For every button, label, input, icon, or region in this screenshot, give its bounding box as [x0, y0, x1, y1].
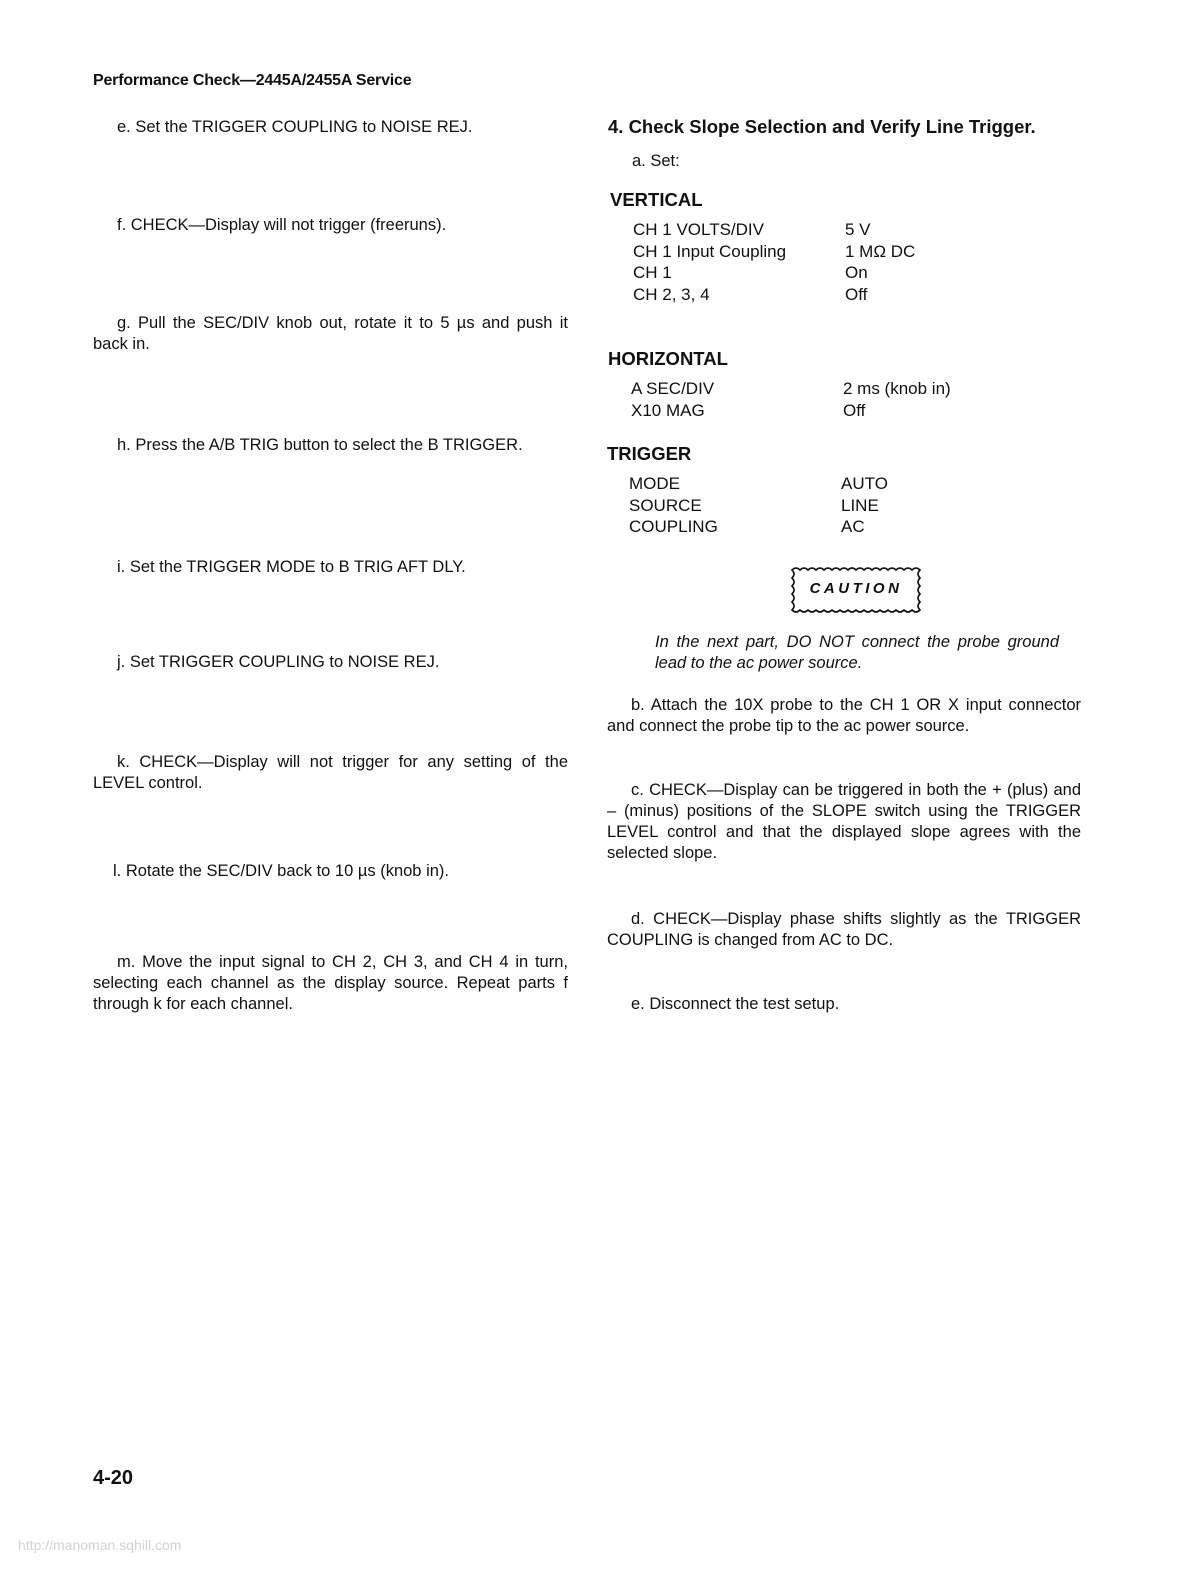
- watermark: http://manoman.sqhill.com: [18, 1537, 181, 1553]
- setting-row: CH 1 Input Coupling1 MΩ DC: [633, 241, 915, 263]
- setting-value: 2 ms (knob in): [843, 378, 951, 400]
- settings-horizontal: A SEC/DIV2 ms (knob in) X10 MAGOff: [631, 378, 951, 421]
- setting-row: CH 2, 3, 4Off: [633, 284, 915, 306]
- setting-label: CH 1 VOLTS/DIV: [633, 219, 845, 241]
- setting-row: MODEAUTO: [629, 473, 888, 495]
- setting-row: CH 1 VOLTS/DIV5 V: [633, 219, 915, 241]
- setting-label: CH 1 Input Coupling: [633, 241, 845, 263]
- setting-value: LINE: [841, 495, 879, 517]
- step-f-left: f. CHECK—Display will not trigger (freer…: [93, 215, 568, 236]
- setting-row: COUPLINGAC: [629, 516, 888, 538]
- step-e-left: e. Set the TRIGGER COUPLING to NOISE REJ…: [93, 117, 568, 138]
- setting-label: COUPLING: [629, 516, 841, 538]
- setting-value: On: [845, 262, 868, 284]
- setting-value: AC: [841, 516, 865, 538]
- step-l-left: l. Rotate the SEC/DIV back to 10 µs (kno…: [93, 861, 568, 882]
- page-number: 4-20: [93, 1467, 133, 1490]
- step-a-right: a. Set:: [632, 151, 680, 172]
- setting-value: AUTO: [841, 473, 888, 495]
- setting-label: MODE: [629, 473, 841, 495]
- setting-label: A SEC/DIV: [631, 378, 843, 400]
- setting-row: A SEC/DIV2 ms (knob in): [631, 378, 951, 400]
- caution-box: CAUTION: [788, 566, 924, 614]
- step-k-left: k. CHECK—Display will not trigger for an…: [93, 752, 568, 794]
- step-d-right: d. CHECK—Display phase shifts slightly a…: [607, 909, 1081, 951]
- step-m-left: m. Move the input signal to CH 2, CH 3, …: [93, 952, 568, 1015]
- setting-value: Off: [845, 284, 867, 306]
- setting-label: X10 MAG: [631, 400, 843, 422]
- setting-value: Off: [843, 400, 865, 422]
- setting-row: SOURCELINE: [629, 495, 888, 517]
- step-b-right: b. Attach the 10X probe to the CH 1 OR X…: [607, 695, 1081, 737]
- setting-label: CH 2, 3, 4: [633, 284, 845, 306]
- step-j-left: j. Set TRIGGER COUPLING to NOISE REJ.: [93, 652, 568, 673]
- setting-value: 5 V: [845, 219, 871, 241]
- setting-row: X10 MAGOff: [631, 400, 951, 422]
- group-heading-trigger: TRIGGER: [607, 443, 691, 465]
- group-heading-horizontal: HORIZONTAL: [608, 348, 728, 370]
- section-title: 4. Check Slope Selection and Verify Line…: [608, 116, 1036, 138]
- step-i-left: i. Set the TRIGGER MODE to B TRIG AFT DL…: [93, 557, 568, 578]
- setting-row: CH 1On: [633, 262, 915, 284]
- setting-value: 1 MΩ DC: [845, 241, 915, 263]
- settings-trigger: MODEAUTO SOURCELINE COUPLINGAC: [629, 473, 888, 538]
- group-heading-vertical: VERTICAL: [610, 189, 703, 211]
- running-head: Performance Check—2445A/2455A Service: [93, 72, 411, 90]
- caution-text: In the next part, DO NOT connect the pro…: [655, 632, 1059, 674]
- step-c-right: c. CHECK—Display can be triggered in bot…: [607, 780, 1081, 864]
- setting-label: CH 1: [633, 262, 845, 284]
- caution-label: CAUTION: [788, 580, 924, 597]
- step-e-right: e. Disconnect the test setup.: [607, 994, 1081, 1015]
- setting-label: SOURCE: [629, 495, 841, 517]
- step-g-left: g. Pull the SEC/DIV knob out, rotate it …: [93, 313, 568, 355]
- settings-vertical: CH 1 VOLTS/DIV5 V CH 1 Input Coupling1 M…: [633, 219, 915, 305]
- step-h-left: h. Press the A/B TRIG button to select t…: [93, 435, 568, 456]
